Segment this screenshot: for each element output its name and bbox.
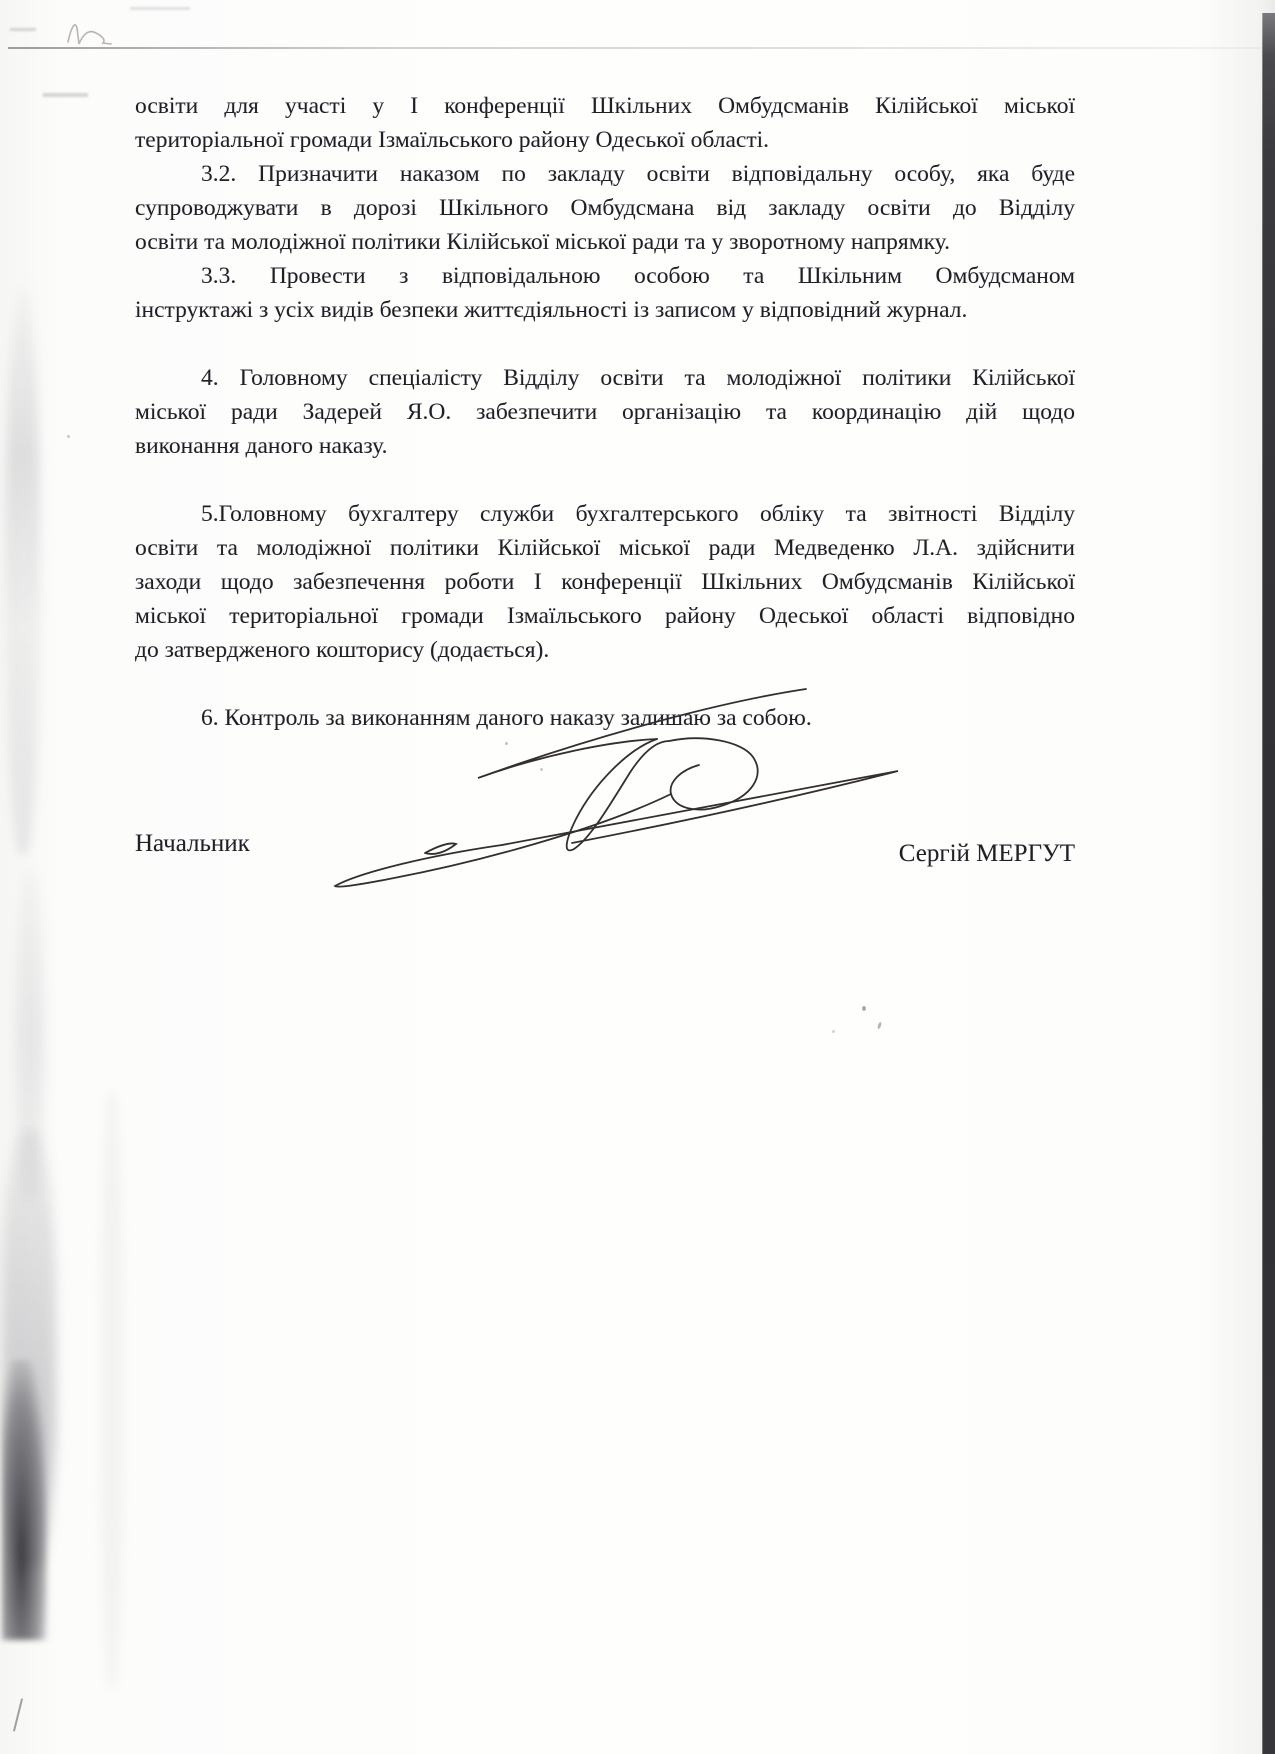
doc-line: освіти та молодіжної політики Кілійської… bbox=[135, 531, 1075, 565]
doc-line: освіти для участі у І конференції Шкільн… bbox=[135, 89, 1075, 123]
scan-right-edge-band bbox=[1262, 13, 1275, 1754]
doc-line: супроводжувати в дорозі Шкільного Омбудс… bbox=[135, 191, 1075, 225]
scan-speck bbox=[877, 1022, 882, 1030]
doc-line: заходи щодо забезпечення роботи І конфер… bbox=[135, 565, 1075, 599]
pencil-scribble-icon bbox=[50, 12, 130, 57]
doc-line: міської територіальної громади Ізмаїльсь… bbox=[135, 599, 1075, 633]
scan-mark bbox=[43, 93, 88, 97]
scan-smudge bbox=[2, 1360, 48, 1640]
signer-name-label: Сергій МЕРГУТ bbox=[899, 840, 1075, 868]
scan-speck bbox=[67, 435, 70, 438]
doc-line: 3.3. Провести з відповідальною особою та… bbox=[135, 259, 1075, 293]
document-body: освіти для участі у І конференції Шкільн… bbox=[135, 89, 1075, 735]
scan-pen-mark bbox=[13, 1698, 23, 1731]
handwritten-signature bbox=[320, 675, 920, 905]
scan-mark bbox=[130, 7, 190, 10]
doc-line: виконання даного наказу. bbox=[135, 429, 1075, 463]
doc-line: до затвердженого кошторису (додається). bbox=[135, 633, 1075, 667]
scan-speck bbox=[832, 1030, 835, 1033]
doc-line: 3.2. Призначити наказом по закладу освіт… bbox=[135, 157, 1075, 191]
doc-line: 4. Головному спеціалісту Відділу освіти … bbox=[135, 361, 1075, 395]
doc-line: інструктажі з усіх видів безпеки життєді… bbox=[135, 293, 1075, 327]
doc-line: міської ради Задерей Я.О. забезпечити ор… bbox=[135, 395, 1075, 429]
doc-line: територіальної громади Ізмаїльського рай… bbox=[135, 123, 1075, 157]
doc-line: освіти та молодіжної політики Кілійської… bbox=[135, 225, 1075, 259]
doc-line: 5.Головному бухгалтеру служби бухгалтерс… bbox=[135, 497, 1075, 531]
scan-top-edge-line bbox=[8, 47, 1262, 49]
signer-role-label: Начальник bbox=[135, 830, 250, 858]
scan-mark bbox=[10, 28, 36, 31]
scanned-document-page: освіти для участі у І конференції Шкільн… bbox=[0, 0, 1275, 1754]
scan-smudge bbox=[6, 285, 40, 855]
scan-speck bbox=[862, 1006, 866, 1011]
scan-smudge bbox=[16, 870, 44, 1200]
scan-smudge bbox=[100, 1090, 124, 1690]
scan-smudge bbox=[2, 1130, 56, 1570]
